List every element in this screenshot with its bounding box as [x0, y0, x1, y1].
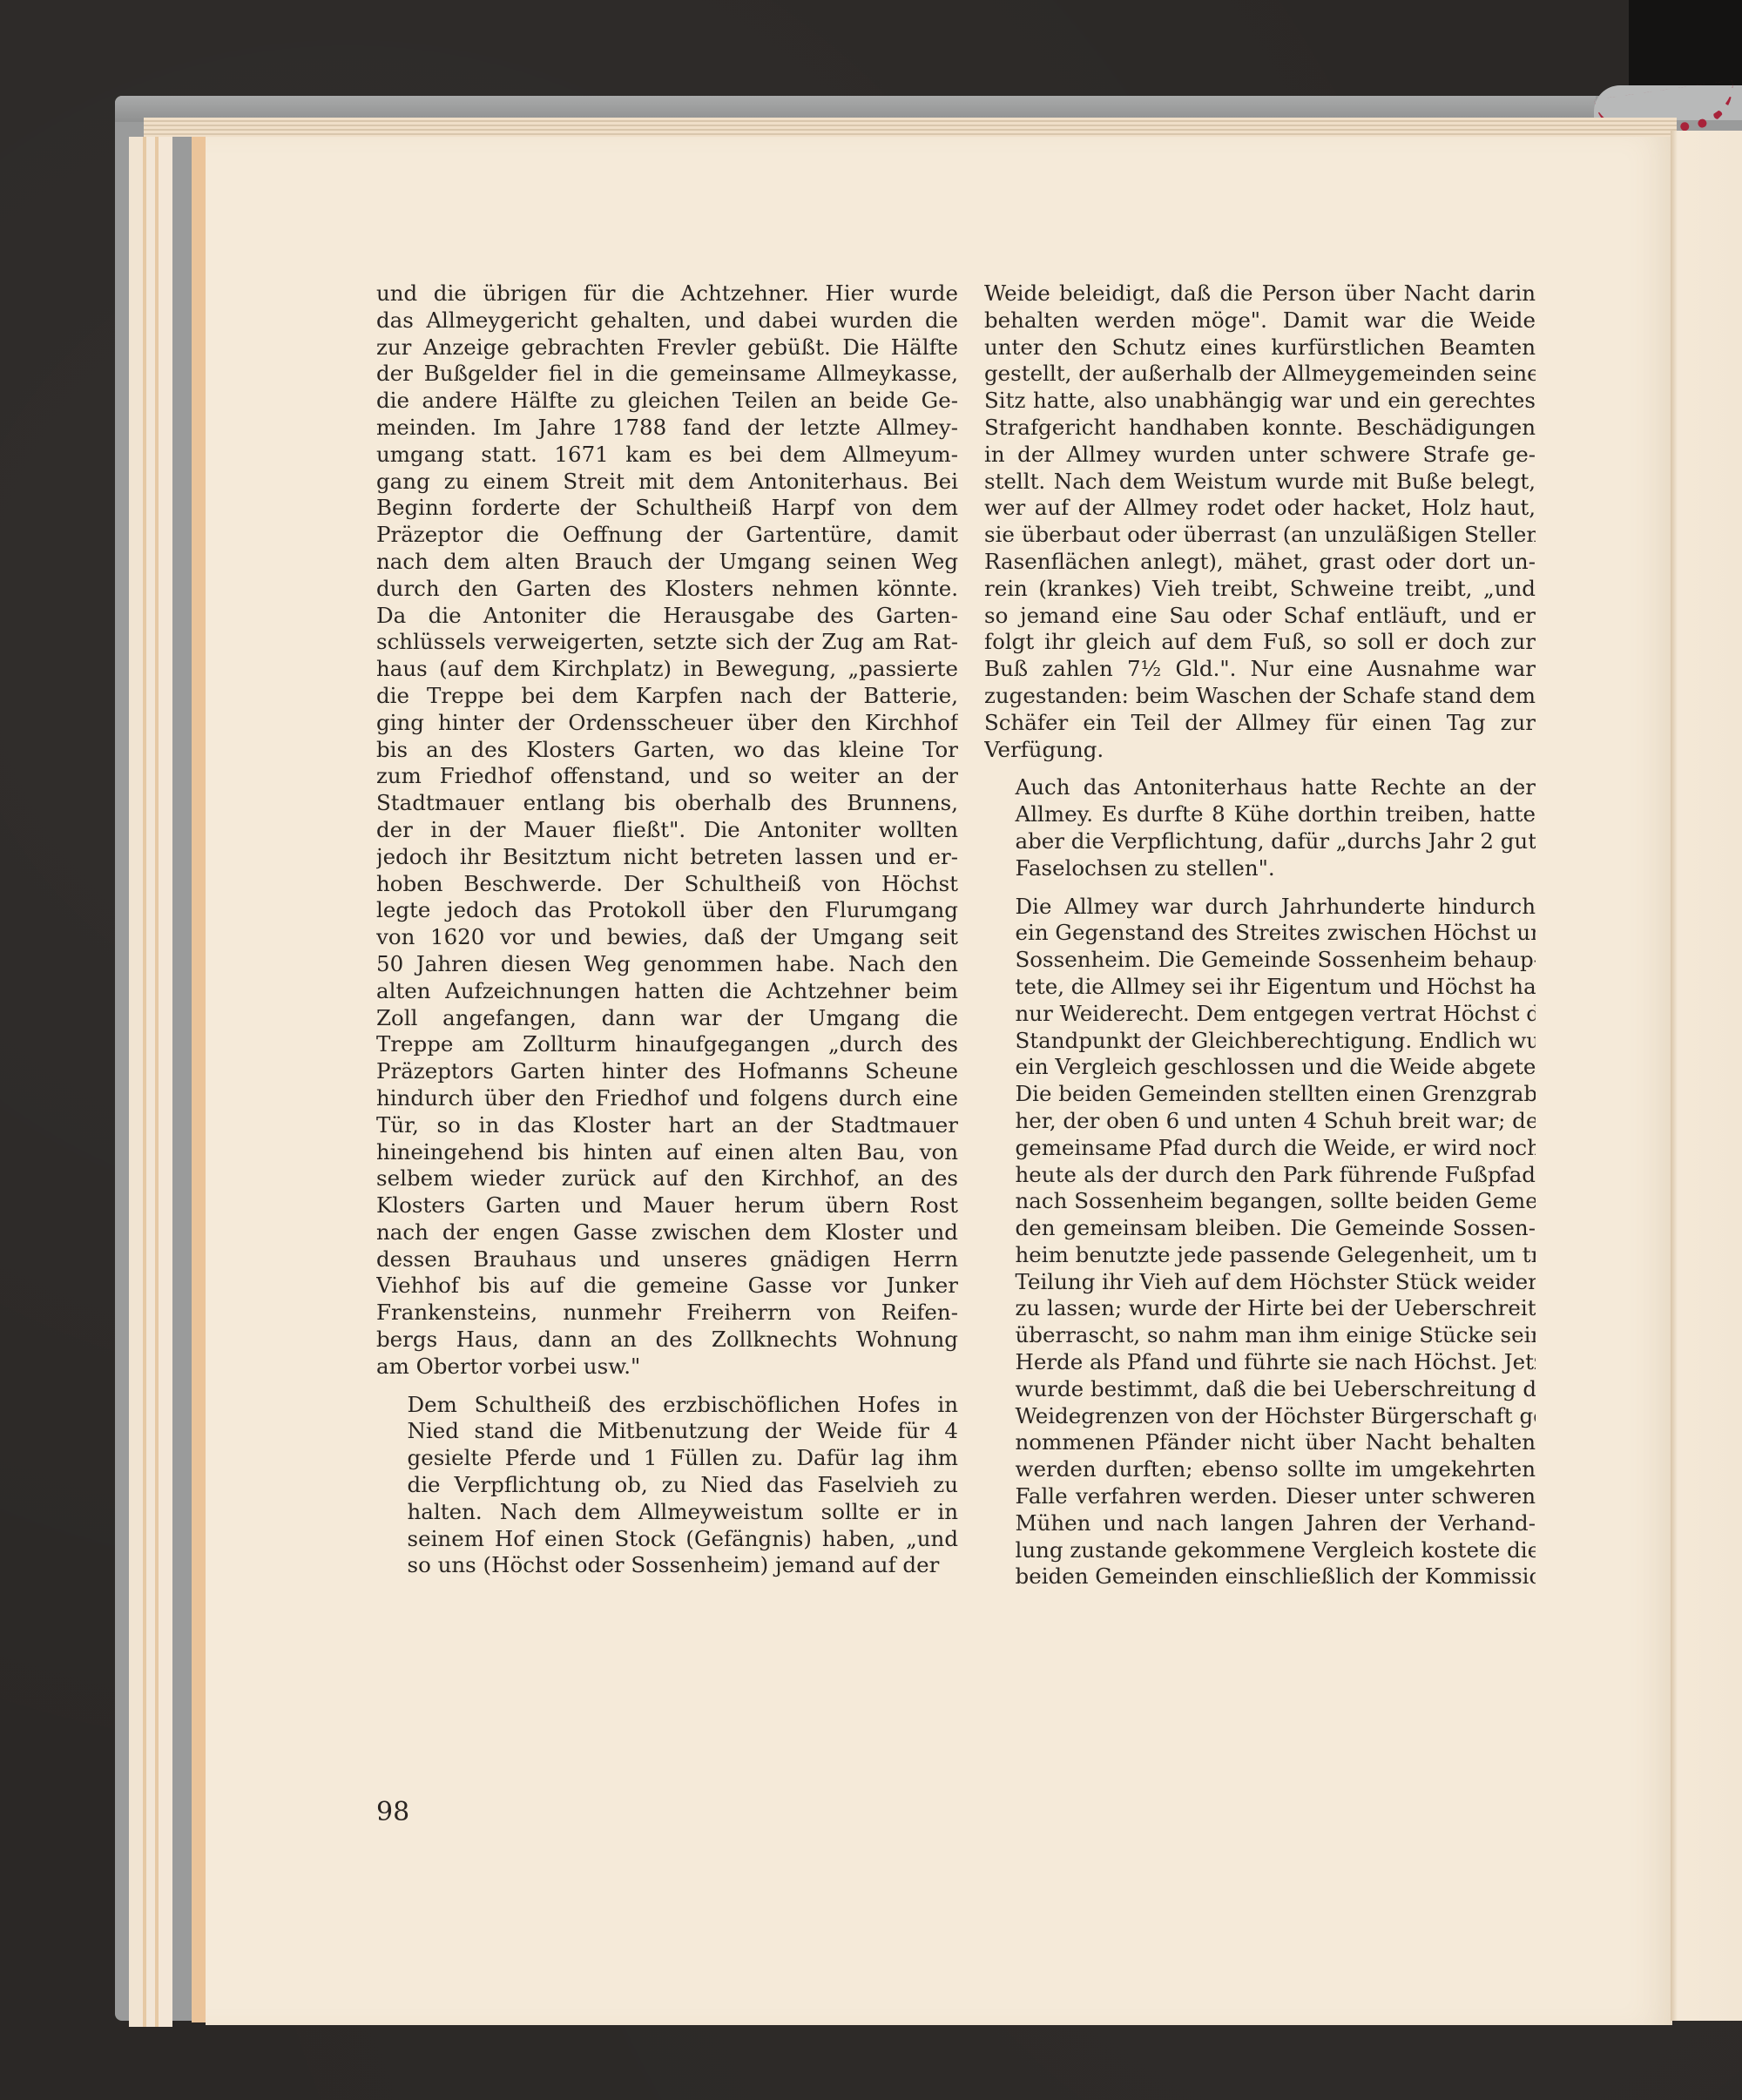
text-line: die andere Hälfte zu gleichen Teilen an …	[376, 388, 958, 415]
text-line: Buß zahlen 7½ Gld.". Nur eine Ausnahme w…	[984, 656, 1536, 683]
text-line: nommenen Pfänder nicht über Nacht behalt…	[984, 1429, 1536, 1456]
text-line: Die beiden Gemeinden stellten einen Gren…	[984, 1081, 1536, 1108]
text-line: Beginn forderte der Schultheiß Harpf von…	[376, 495, 958, 522]
text-line: überrascht, so nahm man ihm einige Stück…	[984, 1322, 1536, 1349]
text-line: Rasenflächen anlegt), mähet, grast oder …	[984, 549, 1536, 576]
text-line: nur Weiderecht. Dem entgegen vertrat Höc…	[984, 1001, 1536, 1028]
text-line: die Verpflichtung ob, zu Nied das Faselv…	[376, 1472, 958, 1499]
text-line: Tür, so in das Kloster hart an der Stadt…	[376, 1112, 958, 1139]
text-line: die Treppe bei dem Karpfen nach der Batt…	[376, 683, 958, 710]
text-line: gesielte Pferde und 1 Füllen zu. Dafür l…	[376, 1445, 958, 1472]
text-line: behalten werden möge". Damit war die Wei…	[984, 307, 1536, 334]
text-line: Da die Antoniter die Herausgabe des Gart…	[376, 603, 958, 630]
text-line: Mühen und nach langen Jahren der Verhand…	[984, 1510, 1536, 1537]
text-line: von 1620 vor und bewies, daß der Umgang …	[376, 924, 958, 951]
text-line: Weidegrenzen von der Höchster Bürgerscha…	[984, 1403, 1536, 1430]
page-stack-top-edge	[144, 118, 1677, 137]
text-line: Schäfer ein Teil der Allmey für einen Ta…	[984, 710, 1536, 737]
page-number: 98	[376, 1797, 409, 1827]
text-line: haus (auf dem Kirchplatz) in Bewegung, „…	[376, 656, 958, 683]
text-line: gestellt, der außerhalb der Allmeygemein…	[984, 361, 1536, 388]
text-line: folgt ihr gleich auf dem Fuß, so soll er…	[984, 629, 1536, 656]
text-line: unter den Schutz eines kurfürstlichen Be…	[984, 334, 1536, 361]
text-line: so uns (Höchst oder Sossenheim) jemand a…	[376, 1552, 958, 1579]
paragraph: Dem Schultheiß des erzbischöflichen Hofe…	[376, 1392, 958, 1580]
text-line: dessen Brauhaus und unseres gnädigen Her…	[376, 1246, 958, 1273]
text-line: Verfügung.	[984, 737, 1536, 764]
text-line: aber die Verpflichtung, dafür „durchs Ja…	[984, 828, 1536, 855]
text-line: Stadtmauer entlang bis oberhalb des Brun…	[376, 790, 958, 817]
facing-page-gutter	[1671, 131, 1742, 2021]
text-line: werden durften; ebenso sollte im umgekeh…	[984, 1456, 1536, 1483]
text-line: Frankensteins, nunmehr Freiherrn von Rei…	[376, 1300, 958, 1327]
text-line: Strafgericht handhaben konnte. Beschädig…	[984, 415, 1536, 442]
text-line: bis an des Klosters Garten, wo das klein…	[376, 737, 958, 764]
text-line: alten Aufzeichnungen hatten die Achtzehn…	[376, 978, 958, 1005]
text-line: beiden Gemeinden einschließlich der Komm…	[984, 1563, 1536, 1590]
text-line: zum Friedhof offenstand, und so weiter a…	[376, 763, 958, 790]
text-line: Teilung ihr Vieh auf dem Höchster Stück …	[984, 1269, 1536, 1296]
text-line: Präzeptors Garten hinter des Hofmanns Sc…	[376, 1058, 958, 1085]
text-line: zu lassen; wurde der Hirte bei der Ueber…	[984, 1295, 1536, 1322]
text-line: jedoch ihr Besitztum nicht betreten lass…	[376, 844, 958, 871]
paragraph: Die Allmey war durch Jahrhunderte hindur…	[984, 894, 1536, 1591]
text-line: Viehhof bis auf die gemeine Gasse vor Ju…	[376, 1273, 958, 1300]
text-line: legte jedoch das Protokoll über den Flur…	[376, 897, 958, 924]
text-line: in der Allmey wurden unter schwere Straf…	[984, 442, 1536, 469]
text-line: am Obertor vorbei usw."	[376, 1354, 958, 1381]
text-line: Die Allmey war durch Jahrhunderte hindur…	[984, 894, 1536, 921]
text-line: Zoll angefangen, dann war der Umgang die	[376, 1005, 958, 1032]
text-line: wer auf der Allmey rodet oder hacket, Ho…	[984, 495, 1536, 522]
text-line: Sossenheim. Die Gemeinde Sossenheim beha…	[984, 947, 1536, 974]
text-line: selbem wieder zurück auf den Kirchhof, a…	[376, 1165, 958, 1192]
text-line: der Bußgelder fiel in die gemeinsame All…	[376, 361, 958, 388]
text-line: Sitz hatte, also unabhängig war und ein …	[984, 388, 1536, 415]
paragraph: Auch das Antoniterhaus hatte Rechte an d…	[984, 774, 1536, 881]
text-line: heute als der durch den Park führende Fu…	[984, 1162, 1536, 1189]
right-text-column: Weide beleidigt, daß die Person über Nac…	[984, 280, 1536, 1590]
text-line: Klosters Garten und Mauer herum übern Ro…	[376, 1192, 958, 1219]
text-line: seinem Hof einen Stock (Gefängnis) haben…	[376, 1526, 958, 1553]
text-line: den gemeinsam bleiben. Die Gemeinde Soss…	[984, 1215, 1536, 1242]
text-line: der in der Mauer fließt". Die Antoniter …	[376, 817, 958, 844]
text-line: ein Vergleich geschlossen und die Weide …	[984, 1054, 1536, 1081]
text-line: Nied stand die Mitbenutzung der Weide fü…	[376, 1418, 958, 1445]
text-line: hoben Beschwerde. Der Schultheiß von Höc…	[376, 871, 958, 898]
text-line: nach Sossenheim begangen, sollte beiden …	[984, 1188, 1536, 1215]
text-line: umgang statt. 1671 kam es bei dem Allmey…	[376, 442, 958, 469]
paragraph: und die übrigen für die Achtzehner. Hier…	[376, 280, 958, 1381]
text-line: Auch das Antoniterhaus hatte Rechte an d…	[984, 774, 1536, 801]
text-line: bergs Haus, dann an des Zollknechts Wohn…	[376, 1327, 958, 1354]
text-line: stellt. Nach dem Weistum wurde mit Buße …	[984, 469, 1536, 496]
text-line: zur Anzeige gebrachten Frevler gebüßt. D…	[376, 334, 958, 361]
text-line: 50 Jahren diesen Weg genommen habe. Nach…	[376, 951, 958, 978]
text-line: Standpunkt der Gleichberechtigung. Endli…	[984, 1028, 1536, 1055]
text-line: Allmey. Es durfte 8 Kühe dorthin treiben…	[984, 801, 1536, 828]
text-line: hineingehend bis hinten auf einen alten …	[376, 1139, 958, 1166]
text-line: meinden. Im Jahre 1788 fand der letzte A…	[376, 415, 958, 442]
text-line: sie überbaut oder überrast (an unzuläßig…	[984, 522, 1536, 549]
text-line: halten. Nach dem Allmeyweistum sollte er…	[376, 1499, 958, 1526]
text-line: hindurch über den Friedhof und folgens d…	[376, 1085, 958, 1112]
text-line: Faselochsen zu stellen".	[984, 855, 1536, 882]
text-line: Präzeptor die Oeffnung der Gartentüre, d…	[376, 522, 958, 549]
text-line: ging hinter der Ordensscheuer über den K…	[376, 710, 958, 737]
text-line: wurde bestimmt, daß die bei Ueberschreit…	[984, 1376, 1536, 1403]
text-line: tete, die Allmey sei ihr Eigentum und Hö…	[984, 974, 1536, 1001]
page-edge-stripe	[192, 137, 206, 2022]
text-line: Dem Schultheiß des erzbischöflichen Hofe…	[376, 1392, 958, 1419]
text-line: und die übrigen für die Achtzehner. Hier…	[376, 280, 958, 307]
text-line: nach dem alten Brauch der Umgang seinen …	[376, 549, 958, 576]
page-stack-left-edge	[129, 137, 172, 2027]
text-line: gang zu einem Streit mit dem Antoniterha…	[376, 469, 958, 496]
text-line: so jemand eine Sau oder Schaf entläuft, …	[984, 603, 1536, 630]
text-line: lung zustande gekommene Vergleich kostet…	[984, 1537, 1536, 1564]
text-line: Treppe am Zollturm hinaufgegangen „durch…	[376, 1031, 958, 1058]
text-line: Herde als Pfand und führte sie nach Höch…	[984, 1349, 1536, 1376]
text-line: heim benutzte jede passende Gelegenheit,…	[984, 1242, 1536, 1269]
left-text-column: und die übrigen für die Achtzehner. Hier…	[376, 280, 958, 1579]
text-line: her, der oben 6 und unten 4 Schuh breit …	[984, 1108, 1536, 1135]
text-line: nach der engen Gasse zwischen dem Kloste…	[376, 1219, 958, 1246]
text-line: durch den Garten des Klosters nehmen kön…	[376, 576, 958, 603]
text-line: gemeinsame Pfad durch die Weide, er wird…	[984, 1135, 1536, 1162]
text-line: rein (krankes) Vieh treibt, Schweine tre…	[984, 576, 1536, 603]
text-line: Falle verfahren werden. Dieser unter sch…	[984, 1483, 1536, 1510]
text-line: Weide beleidigt, daß die Person über Nac…	[984, 280, 1536, 307]
text-line: schlüssels verweigerten, setzte sich der…	[376, 629, 958, 656]
text-line: ein Gegenstand des Streites zwischen Höc…	[984, 920, 1536, 947]
text-line: das Allmeygericht gehalten, und dabei wu…	[376, 307, 958, 334]
text-line: zugestanden: beim Waschen der Schafe sta…	[984, 683, 1536, 710]
paragraph: Weide beleidigt, daß die Person über Nac…	[984, 280, 1536, 763]
